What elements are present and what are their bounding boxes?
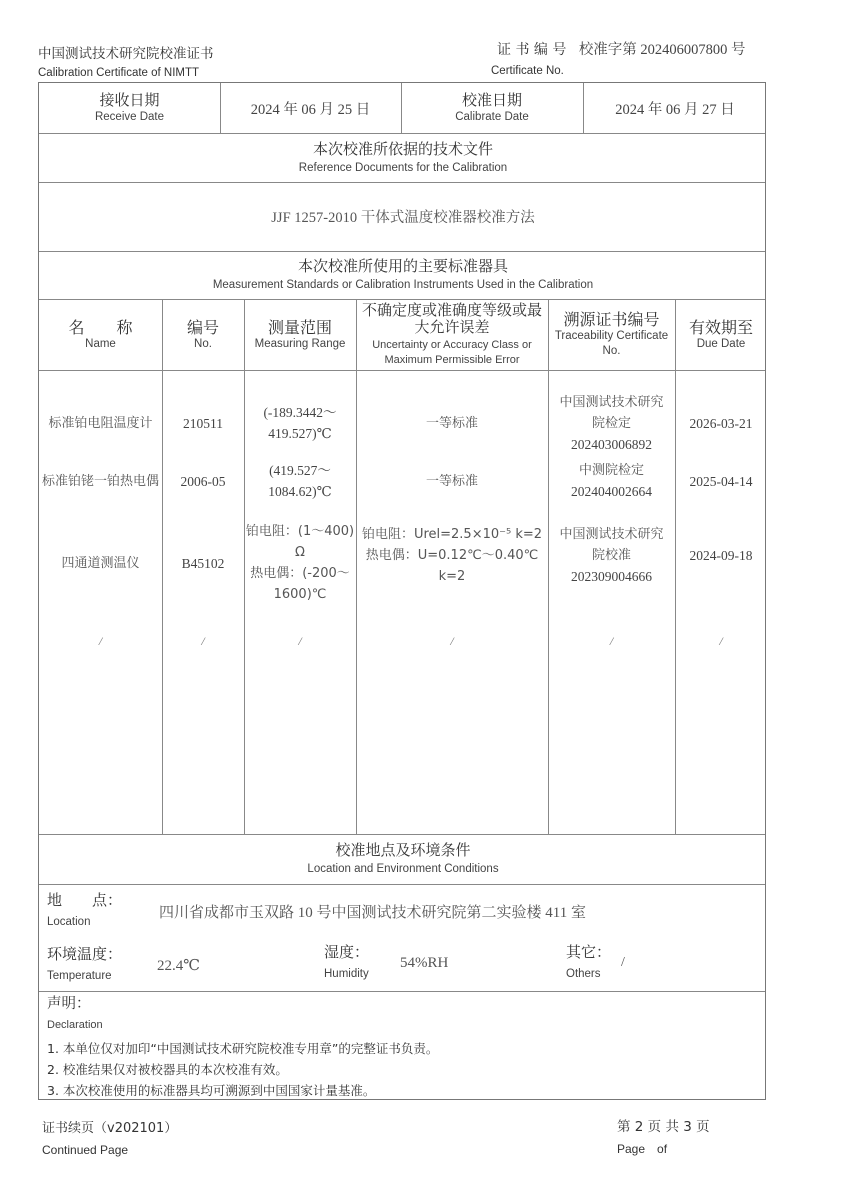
continued-page-label: 证书续页（v202101） [42,1117,177,1136]
continued-page-label-en: Continued Page [42,1143,128,1157]
column-header-no: 编号 No. [162,299,244,370]
temperature-label: 环境温度： Temperature [47,945,122,984]
column-header-name: 名 称 Name [39,299,162,370]
calibrate-date-value: 2024 年 06 月 27 日 [583,83,767,133]
others-value: / [621,955,625,971]
location-label: 地 点： Location [47,891,122,930]
certificate-table: 接收日期 Receive Date 2024 年 06 月 25 日 校准日期 … [38,82,766,1100]
cert-no-value: 校准字第 202406007800 号 [579,42,746,58]
column-header-range: 测量范围 Measuring Range [244,299,356,370]
column-header-due-date: 有效期至 Due Date [675,299,767,370]
reference-document: JJF 1257-2010 干体式温度校准器校准方法 [39,182,767,251]
org-title-cn: 中国测试技术研究院校准证书 [38,42,214,62]
declaration-item: 2. 校准结果仅对被校器具的本次校准有效。 [47,1059,438,1080]
declaration-item: 3. 本次校准使用的标准器具均可溯源到中国国家计量基准。 [47,1080,438,1101]
receive-date-label: 接收日期 Receive Date [39,83,220,133]
declaration-item: 1. 本单位仅对加印“中国测试技术研究院校准专用章”的完整证书负责。 [47,1038,438,1059]
humidity-value: 54%RH [400,955,448,972]
declaration: 声明： Declaration 1. 本单位仅对加印“中国测试技术研究院校准专用… [47,995,438,1101]
divider [39,370,765,371]
cert-no-label: 证 书 编 号 [497,42,566,58]
receive-date-value: 2024 年 06 月 25 日 [220,83,401,133]
column-header-uncertainty: 不确定度或准确度等级或最大允许误差 Uncertainty or Accurac… [356,299,548,370]
column-header-traceability: 溯源证书编号 Traceability Certificate No. [548,299,675,370]
reference-docs-heading: 本次校准所依据的技术文件 Reference Documents for the… [39,133,767,182]
humidity-label: 湿度： Humidity [324,943,369,982]
org-title-en: Calibration Certificate of NIMTT [38,67,199,79]
temperature-value: 22.4℃ [157,956,200,975]
page-number-en: Page of [617,1140,667,1157]
divider [39,991,765,992]
certificate-number: 证 书 编 号 校准字第 202406007800 号 [497,38,746,59]
calibrate-date-label: 校准日期 Calibrate Date [401,83,583,133]
standards-heading: 本次校准所使用的主要标准器具 Measurement Standards or … [39,251,767,299]
location-value: 四川省成都市玉双路 10 号中国测试技术研究院第二实验楼 411 室 [159,901,586,922]
others-label: 其它： Others [566,943,611,982]
location-heading: 校准地点及环境条件 Location and Environment Condi… [39,834,767,884]
divider [39,884,765,885]
cert-no-label-en: Certificate No. [491,65,564,77]
page-number: 第 2 页 共 3 页 [617,1115,710,1135]
